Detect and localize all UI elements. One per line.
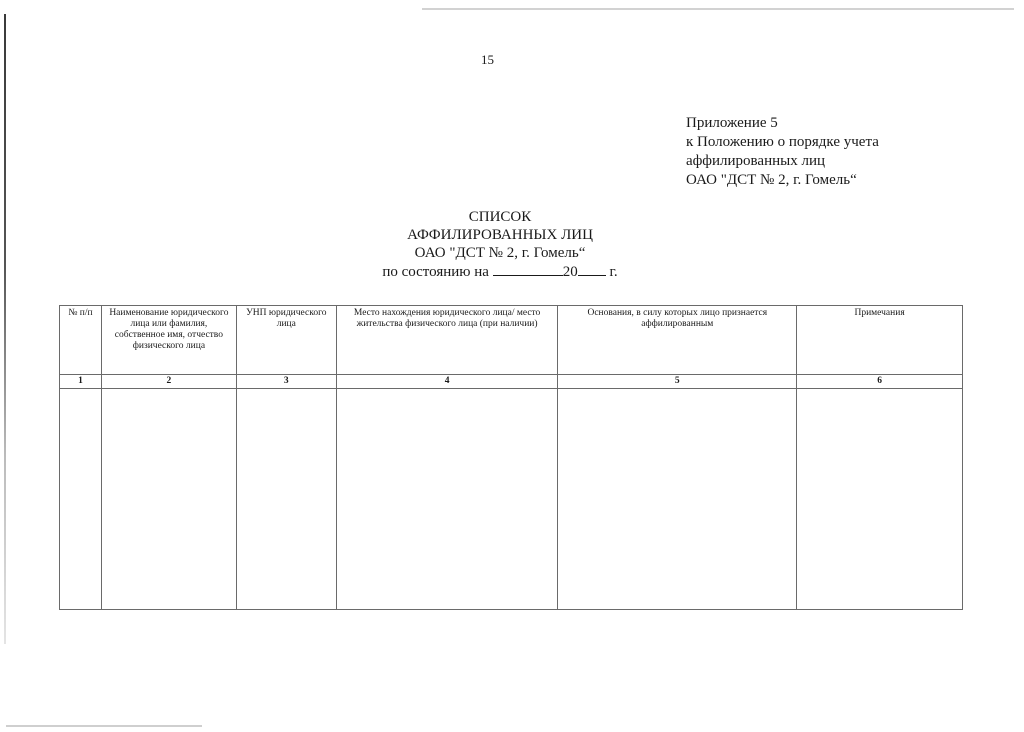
column-header-grounds: Основания, в силу которых лицо признаетс… xyxy=(558,306,797,375)
appendix-line: аффилированных лиц xyxy=(686,152,879,171)
scan-edge-bottom xyxy=(6,725,202,727)
document-title: СПИСОК АФФИЛИРОВАННЫХ ЛИЦ ОАО "ДСТ № 2, … xyxy=(340,208,660,281)
table-header-row: № п/п Наименование юридического лица или… xyxy=(60,306,963,375)
column-number: 3 xyxy=(236,375,336,389)
column-header-unp: УНП юридического лица xyxy=(236,306,336,375)
page-number: 15 xyxy=(481,52,494,68)
date-suffix: г. xyxy=(609,264,617,280)
column-header-notes: Примечания xyxy=(797,306,963,375)
affiliates-table: № п/п Наименование юридического лица или… xyxy=(59,305,963,610)
scan-edge-top xyxy=(422,8,1014,10)
column-number: 2 xyxy=(101,375,236,389)
title-line: АФФИЛИРОВАННЫХ ЛИЦ xyxy=(340,226,660,244)
column-number: 4 xyxy=(336,375,558,389)
table-cell[interactable] xyxy=(236,389,336,610)
date-year-prefix: 20 xyxy=(563,264,578,280)
table-cell[interactable] xyxy=(60,389,102,610)
title-line: СПИСОК xyxy=(340,208,660,226)
column-number: 5 xyxy=(558,375,797,389)
column-number: 6 xyxy=(797,375,963,389)
date-year-blank[interactable] xyxy=(578,262,606,276)
table-cell[interactable] xyxy=(336,389,558,610)
column-header-number: № п/п xyxy=(60,306,102,375)
appendix-reference: Приложение 5 к Положению о порядке учета… xyxy=(686,114,879,190)
date-line: по состоянию на 20 г. xyxy=(340,262,660,281)
column-header-address: Место нахождения юридического лица/ мест… xyxy=(336,306,558,375)
column-number: 1 xyxy=(60,375,102,389)
appendix-line: ОАО "ДСТ № 2, г. Гомель“ xyxy=(686,171,879,190)
table-cell[interactable] xyxy=(101,389,236,610)
table-cell[interactable] xyxy=(558,389,797,610)
date-prefix: по состоянию на xyxy=(382,264,489,280)
title-line: ОАО "ДСТ № 2, г. Гомель“ xyxy=(340,244,660,262)
table-cell[interactable] xyxy=(797,389,963,610)
appendix-line: к Положению о порядке учета xyxy=(686,133,879,152)
scan-edge-left xyxy=(4,14,6,644)
column-header-name: Наименование юридического лица или фамил… xyxy=(101,306,236,375)
date-day-month-blank[interactable] xyxy=(493,262,563,276)
table-row xyxy=(60,389,963,610)
column-number-row: 1 2 3 4 5 6 xyxy=(60,375,963,389)
appendix-line: Приложение 5 xyxy=(686,114,879,133)
